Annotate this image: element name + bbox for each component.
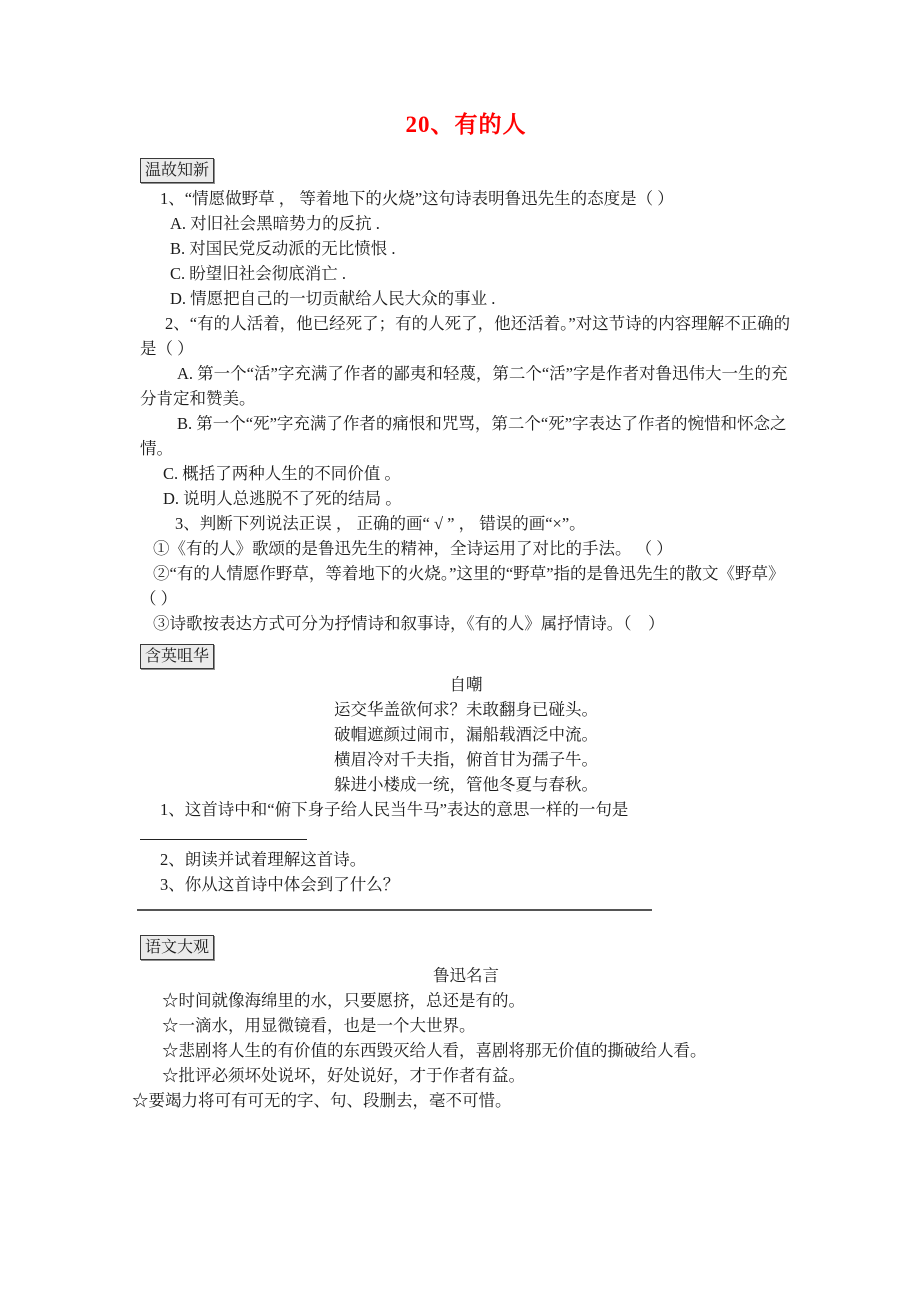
review-q1-option-c: C. 盼望旧社会彻底消亡 . xyxy=(140,261,792,286)
page-title: 20、有的人 xyxy=(140,110,792,140)
review-q2-option-a: A. 第一个“活”字充满了作者的鄙夷和轻蔑，第二个“活”字是作者对鲁迅伟大一生的… xyxy=(140,361,792,411)
review-question-3: 3、判断下列说法正误 ， 正确的画“ √ ” ， 错误的画“×”。 xyxy=(140,511,792,536)
section-label-appreciate: 含英咀华 xyxy=(140,644,214,669)
appreciate-question-2: 2、朗读并试着理解这首诗。 xyxy=(140,847,792,872)
luxun-quote-2: ☆一滴水，用显微镜看，也是一个大世界。 xyxy=(140,1013,792,1038)
review-q3-item-2: ②“有的人情愿作野草，等着地下的火烧。”这里的“野草”指的是鲁迅先生的散文《野草… xyxy=(140,561,792,611)
poem-zichao: 自嘲 运交华盖欲何求？未敢翻身已碰头。 破帽遮颜过闹市，漏船载酒泛中流。 横眉冷… xyxy=(140,672,792,797)
review-q3-item-3: ③诗歌按表达方式可分为抒情诗和叙事诗，《有的人》属抒情诗。（ ） xyxy=(140,611,792,636)
section-appreciate: 含英咀华 xyxy=(140,644,792,669)
review-question-1: 1、“情愿做野草 ， 等着地下的火烧”这句诗表明鲁迅先生的态度是（ ） xyxy=(140,186,792,211)
review-q1-option-b: B. 对国民党反动派的无比愤恨 . xyxy=(140,236,792,261)
section-review: 温故知新 xyxy=(140,158,792,183)
luxun-quote-3: ☆悲剧将人生的有价值的东西毁灭给人看，喜剧将那无价值的撕破给人看。 xyxy=(140,1038,792,1063)
section-label-review: 温故知新 xyxy=(140,158,214,183)
luxun-quote-4: ☆批评必须坏处说坏，好处说好，才于作者有益。 xyxy=(140,1063,792,1088)
appreciate-question-3: 3、你从这首诗中体会到了什么？ xyxy=(140,872,792,897)
section-label-overview: 语文大观 xyxy=(140,935,214,960)
quotes-subtitle: 鲁迅名言 xyxy=(140,963,792,988)
section-overview: 语文大观 xyxy=(140,935,792,960)
appreciate-question-1: 1、这首诗中和“俯下身子给人民当牛马”表达的意思一样的一句是 xyxy=(140,797,792,847)
poem-line-3: 横眉冷对千夫指，俯首甘为孺子牛。 xyxy=(140,747,792,772)
luxun-quote-5: ☆要竭力将可有可无的字、句、段删去，毫不可惜。 xyxy=(140,1088,792,1113)
review-q3-item-1: ①《有的人》歌颂的是鲁迅先生的精神，全诗运用了对比的手法。 （ ） xyxy=(140,536,792,561)
answer-blank xyxy=(140,822,307,840)
poem-title: 自嘲 xyxy=(140,672,792,697)
review-q2-option-b: B. 第一个“死”字充满了作者的痛恨和咒骂，第二个“死”字表达了作者的惋惜和怀念… xyxy=(140,411,792,461)
review-q1-option-a: A. 对旧社会黑暗势力的反抗 . xyxy=(140,211,792,236)
answer-rule-line xyxy=(137,909,652,911)
review-q2-option-d: D. 说明人总逃脱不了死的结局 。 xyxy=(140,486,792,511)
review-q1-option-d: D. 情愿把自己的一切贡献给人民大众的事业 . xyxy=(140,286,792,311)
worksheet-page: 20、有的人 温故知新 1、“情愿做野草 ， 等着地下的火烧”这句诗表明鲁迅先生… xyxy=(0,0,920,1113)
review-q2-option-c: C. 概括了两种人生的不同价值 。 xyxy=(140,461,792,486)
poem-line-1: 运交华盖欲何求？未敢翻身已碰头。 xyxy=(140,697,792,722)
poem-line-4: 躲进小楼成一统，管他冬夏与春秋。 xyxy=(140,772,792,797)
luxun-quote-1: ☆时间就像海绵里的水，只要愿挤，总还是有的。 xyxy=(140,988,792,1013)
poem-line-2: 破帽遮颜过闹市，漏船载酒泛中流。 xyxy=(140,722,792,747)
review-question-2: 2、“有的人活着，他已经死了；有的人死了，他还活着。”对这节诗的内容理解不正确的… xyxy=(140,311,792,361)
appreciate-q1-text: 1、这首诗中和“俯下身子给人民当牛马”表达的意思一样的一句是 xyxy=(160,800,628,819)
